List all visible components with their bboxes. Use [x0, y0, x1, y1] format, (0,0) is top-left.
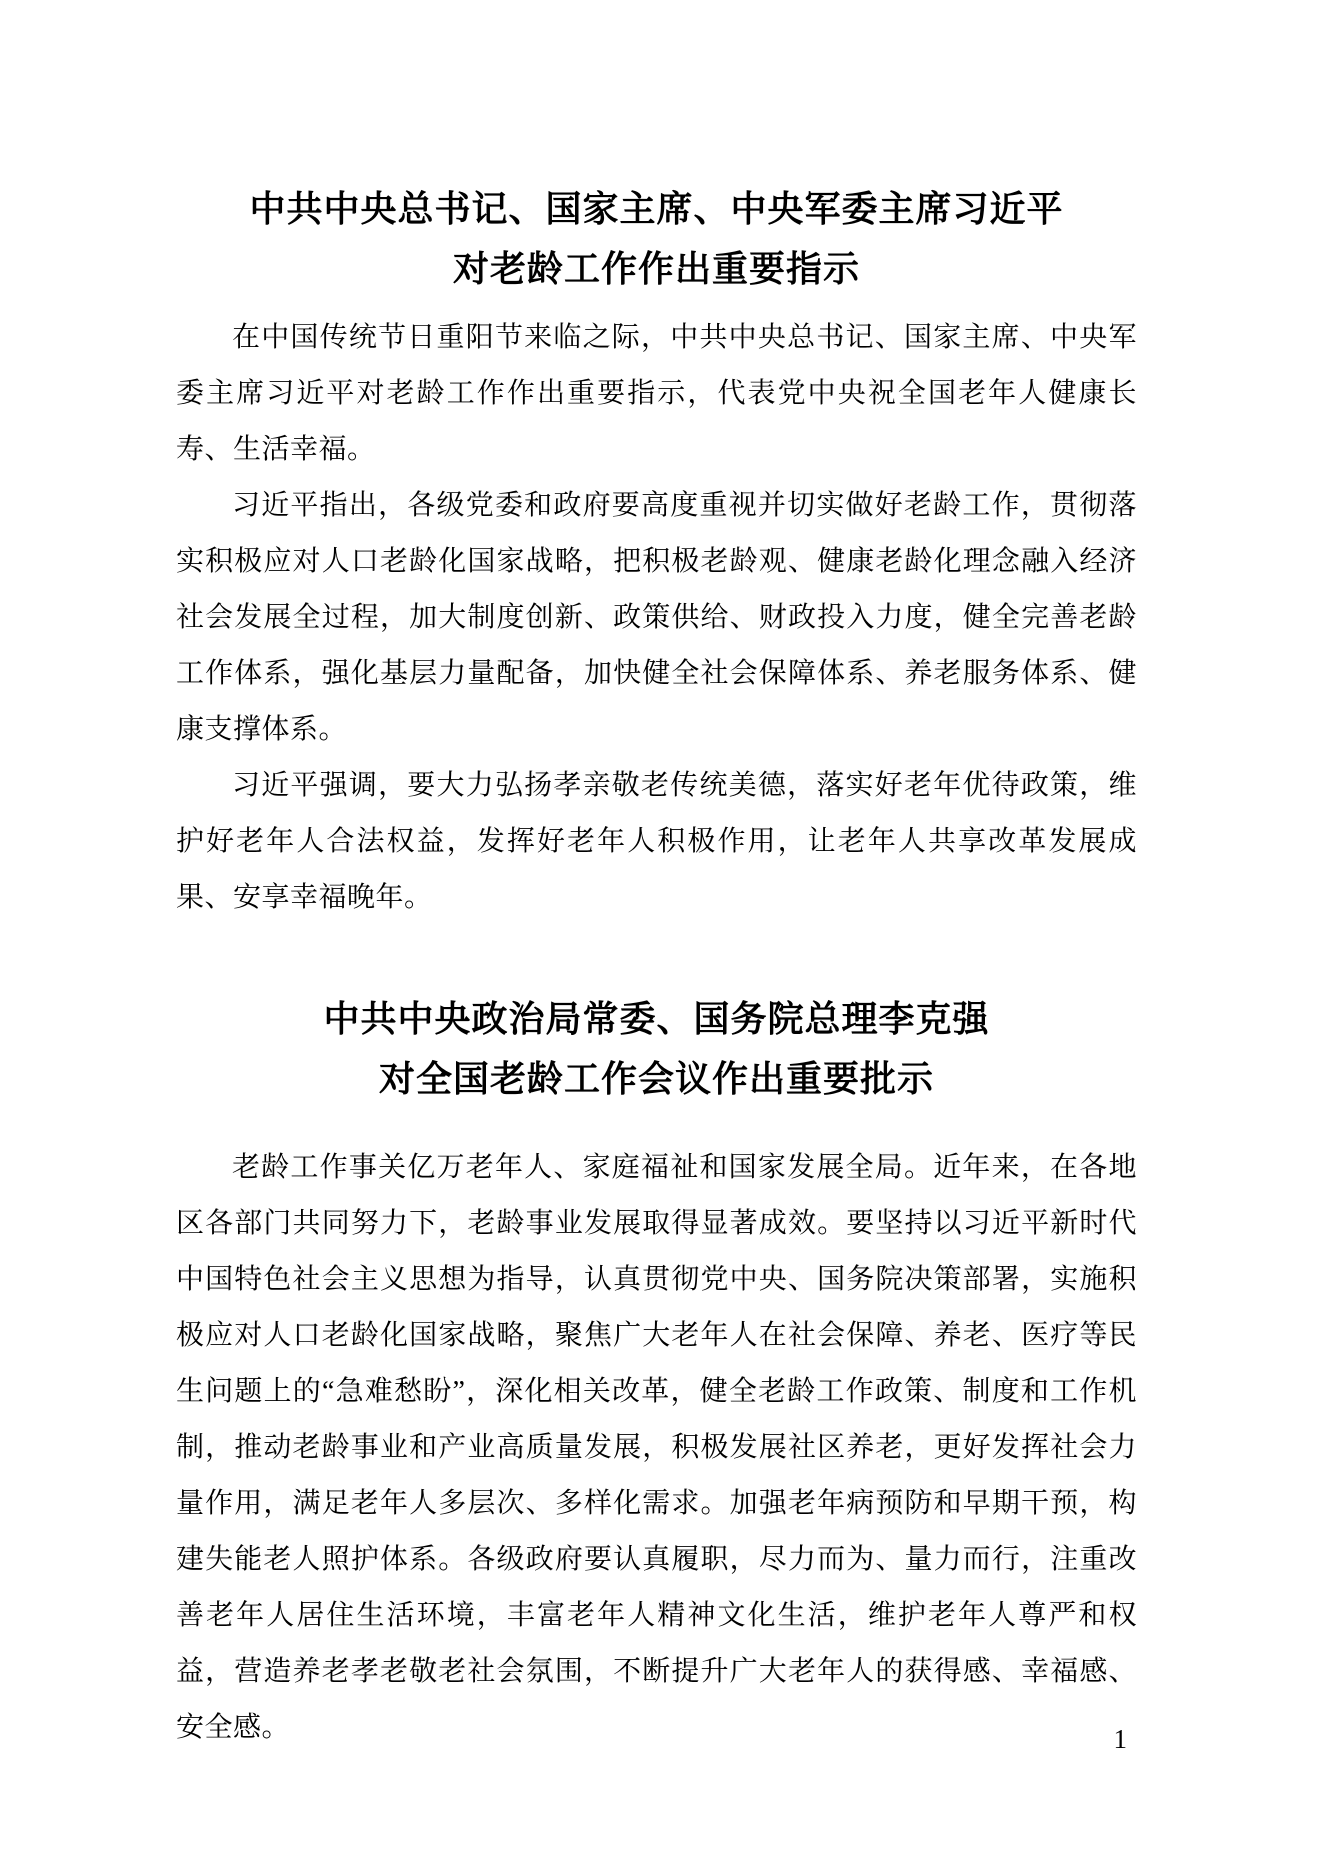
- paragraph: 习近平强调，要大力弘扬孝亲敬老传统美德，落实好老年优待政策，维护好老年人合法权益…: [176, 758, 1137, 926]
- paragraph: 习近平指出，各级党委和政府要高度重视并切实做好老龄工作，贯彻落实积极应对人口老龄…: [176, 478, 1137, 758]
- page-number: 1: [1114, 1722, 1128, 1756]
- paragraph: 在中国传统节日重阳节来临之际，中共中央总书记、国家主席、中央军委主席习近平对老龄…: [176, 310, 1137, 478]
- paragraph: 老龄工作事关亿万老年人、家庭福祉和国家发展全局。近年来，在各地区各部门共同努力下…: [176, 1140, 1137, 1756]
- heading-line-1: 中共中央总书记、国家主席、中央军委主席习近平: [176, 180, 1137, 240]
- section-heading: 中共中央总书记、国家主席、中央军委主席习近平 对老龄工作作出重要指示: [176, 180, 1137, 300]
- heading-line-1: 中共中央政治局常委、国务院总理李克强: [176, 990, 1137, 1050]
- section-heading: 中共中央政治局常委、国务院总理李克强 对全国老龄工作会议作出重要批示: [176, 990, 1137, 1110]
- heading-line-2: 对全国老龄工作会议作出重要批示: [176, 1050, 1137, 1110]
- document-page: 中共中央总书记、国家主席、中央军委主席习近平 对老龄工作作出重要指示 在中国传统…: [0, 0, 1323, 1871]
- section-xi-directive: 中共中央总书记、国家主席、中央军委主席习近平 对老龄工作作出重要指示 在中国传统…: [176, 180, 1137, 926]
- heading-line-2: 对老龄工作作出重要指示: [176, 240, 1137, 300]
- section-li-instruction: 中共中央政治局常委、国务院总理李克强 对全国老龄工作会议作出重要批示 老龄工作事…: [176, 990, 1137, 1756]
